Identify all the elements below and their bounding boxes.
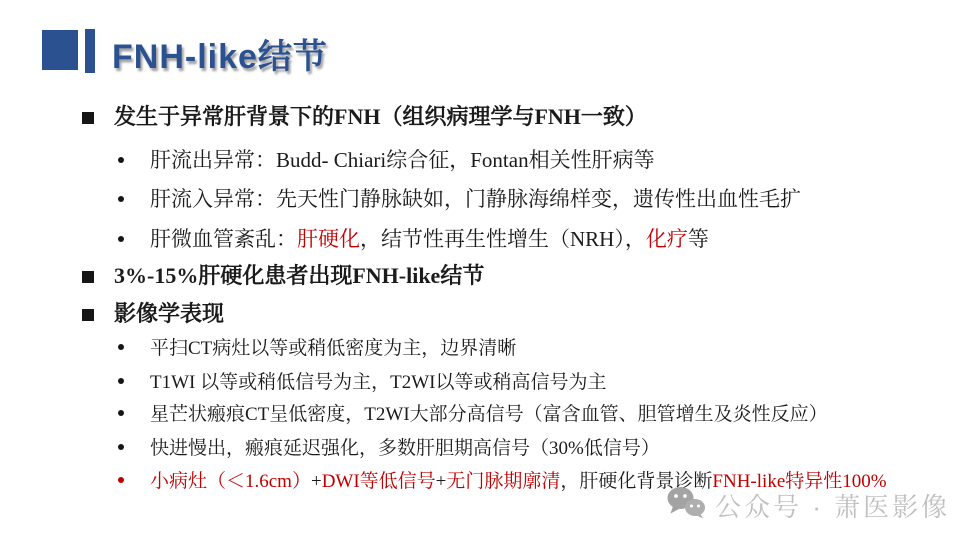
list-item-level2: 平扫CT病灶以等或稍低密度为主，边界清晰 [118,338,516,361]
text-segment: + [311,471,322,492]
dot-bullet-icon [118,196,124,202]
list-item-level2: 肝流出异常：Budd- Chiari综合征，Fontan相关性肝病等 [118,148,655,173]
list-item-level1: 影像学表现 [82,301,224,327]
text-segment: ，结节性再生性增生（NRH）， [360,227,646,251]
list-item-text: 星芒状瘢痕CT呈低密度，T2WI大部分高信号（富含血管、胆管增生及炎性反应） [150,404,828,425]
title-bar-decoration [85,29,95,73]
dot-bullet-icon [118,344,124,350]
text-segment: 肝微血管紊乱： [150,227,297,251]
list-item-text: 肝流出异常：Budd- Chiari综合征，Fontan相关性肝病等 [150,148,655,172]
dot-bullet-icon [118,236,124,242]
list-item-text: T1WI 以等或稍低信号为主，T2WI以等或稍高信号为主 [150,372,606,393]
text-segment-red: 化疗 [646,227,688,251]
dot-bullet-icon [118,378,124,384]
list-item-text: 影像学表现 [114,301,224,326]
page-title: FNH-like结节 [112,29,328,78]
text-segment: 等 [688,227,709,251]
text-segment-red: 肝硬化 [297,227,360,251]
list-item-text: 肝流入异常：先天性门静脉缺如，门静脉海绵样变，遗传性出血性毛扩 [150,187,801,211]
dot-bullet-icon [118,410,124,416]
square-bullet-icon [82,112,94,124]
list-item-text: 快进慢出，瘢痕延迟强化，多数肝胆期高信号（30%低信号） [150,438,660,459]
dot-bullet-icon [118,477,124,483]
list-item-level1: 发生于异常肝背景下的FNH（组织病理学与FNH一致） [82,104,647,130]
text-segment: + [436,471,447,492]
text-segment-red: 小病灶（＜1.6cm） [150,471,311,492]
square-bullet-icon [82,309,94,321]
wechat-icon [666,486,706,524]
text-segment-red: DWI等低信号 [322,471,436,492]
list-item-level2: 肝流入异常：先天性门静脉缺如，门静脉海绵样变，遗传性出血性毛扩 [118,187,801,212]
watermark-text: 公众号 · 萧医影像 [715,487,950,524]
list-item-level2: 快进慢出，瘢痕延迟强化，多数肝胆期高信号（30%低信号） [118,438,660,461]
list-item-level2: 肝微血管紊乱：肝硬化，结节性再生性增生（NRH），化疗等 [118,227,709,252]
watermark: 公众号 · 萧医影像 [666,486,950,524]
list-item-text: 发生于异常肝背景下的FNH（组织病理学与FNH一致） [114,104,647,129]
dot-bullet-icon [118,157,124,163]
slide: { "title": { "text": "FNH-like结节" }, "co… [0,0,960,540]
square-bullet-icon [82,271,94,283]
text-segment-red: 无门脉期廓清 [446,471,560,492]
list-item-text: 平扫CT病灶以等或稍低密度为主，边界清晰 [150,338,516,359]
title-square-decoration [42,30,78,70]
list-item-text: 3%-15%肝硬化患者出现FNH-like结节 [114,263,484,288]
list-item-level2: T1WI 以等或稍低信号为主，T2WI以等或稍高信号为主 [118,372,606,395]
dot-bullet-icon [118,444,124,450]
list-item-level1: 3%-15%肝硬化患者出现FNH-like结节 [82,263,484,289]
list-item-level2: 星芒状瘢痕CT呈低密度，T2WI大部分高信号（富含血管、胆管增生及炎性反应） [118,404,828,427]
